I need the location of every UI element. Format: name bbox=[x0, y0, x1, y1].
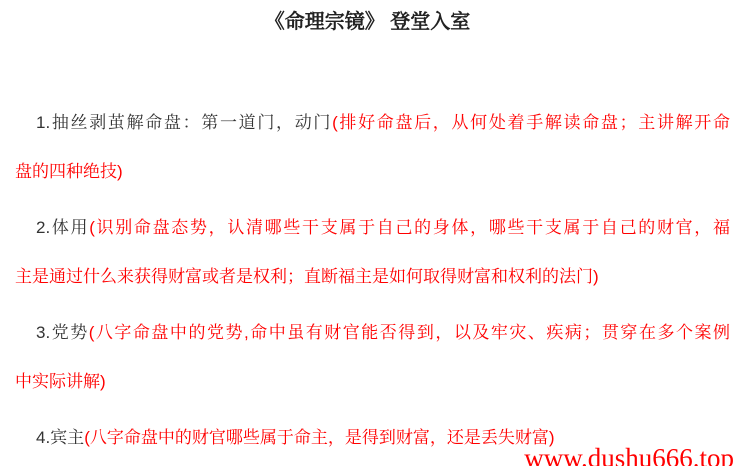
text-line: 盘的四种绝技) bbox=[15, 147, 730, 196]
text-line: 中实际讲解) bbox=[15, 357, 730, 406]
watermark-url: www.dushu666.top bbox=[524, 445, 734, 466]
text-segment: 1.抽丝剥茧解命盘：第一道门，动门 bbox=[36, 113, 332, 132]
document-body: 1.抽丝剥茧解命盘：第一道门，动门(排好命盘后，从何处着手解读命盘；主讲解开命盘… bbox=[0, 98, 735, 462]
text-line: 1.抽丝剥茧解命盘：第一道门，动门(排好命盘后，从何处着手解读命盘；主讲解开命 bbox=[15, 98, 730, 147]
paragraph: 2.体用(识别命盘态势，认清哪些干支属于自己的身体，哪些干支属于自己的财官，福主… bbox=[15, 203, 730, 301]
text-line: 3.党势(八字命盘中的党势,命中虽有财官能否得到，以及牢灾、疾病；贯穿在多个案例 bbox=[15, 308, 730, 357]
text-line: 2.体用(识别命盘态势，认清哪些干支属于自己的身体，哪些干支属于自己的财官，福 bbox=[15, 203, 730, 252]
page-title: 《命理宗镜》 登堂入室 bbox=[0, 8, 735, 36]
text-segment: (识别命盘态势，认清哪些干支属于自己的身体，哪些干支属于自己的财官，福 bbox=[89, 218, 730, 237]
text-segment: (排好命盘后，从何处着手解读命盘；主讲解开命 bbox=[332, 113, 730, 132]
paragraph: 3.党势(八字命盘中的党势,命中虽有财官能否得到，以及牢灾、疾病；贯穿在多个案例… bbox=[15, 308, 730, 406]
text-segment: (八字命盘中的财官哪些属于命主，是得到财富，还是丢失财富) bbox=[84, 428, 554, 447]
text-segment: (八字命盘中的党势,命中虽有财官能否得到，以及牢灾、疾病；贯穿在多个案例 bbox=[89, 323, 730, 342]
paragraph: 1.抽丝剥茧解命盘：第一道门，动门(排好命盘后，从何处着手解读命盘；主讲解开命盘… bbox=[15, 98, 730, 196]
text-segment: 中实际讲解) bbox=[15, 372, 106, 391]
text-segment: 主是通过什么来获得财富或者是权利；直断福主是如何取得财富和权利的法门) bbox=[15, 267, 599, 286]
text-segment: 2.体用 bbox=[36, 218, 89, 237]
text-segment: 盘的四种绝技) bbox=[15, 162, 123, 181]
text-line: 主是通过什么来获得财富或者是权利；直断福主是如何取得财富和权利的法门) bbox=[15, 252, 730, 301]
document-page: 《命理宗镜》 登堂入室 1.抽丝剥茧解命盘：第一道门，动门(排好命盘后，从何处着… bbox=[0, 8, 735, 466]
text-segment: 4.宾主 bbox=[36, 428, 84, 447]
text-segment: 3.党势 bbox=[36, 323, 89, 342]
